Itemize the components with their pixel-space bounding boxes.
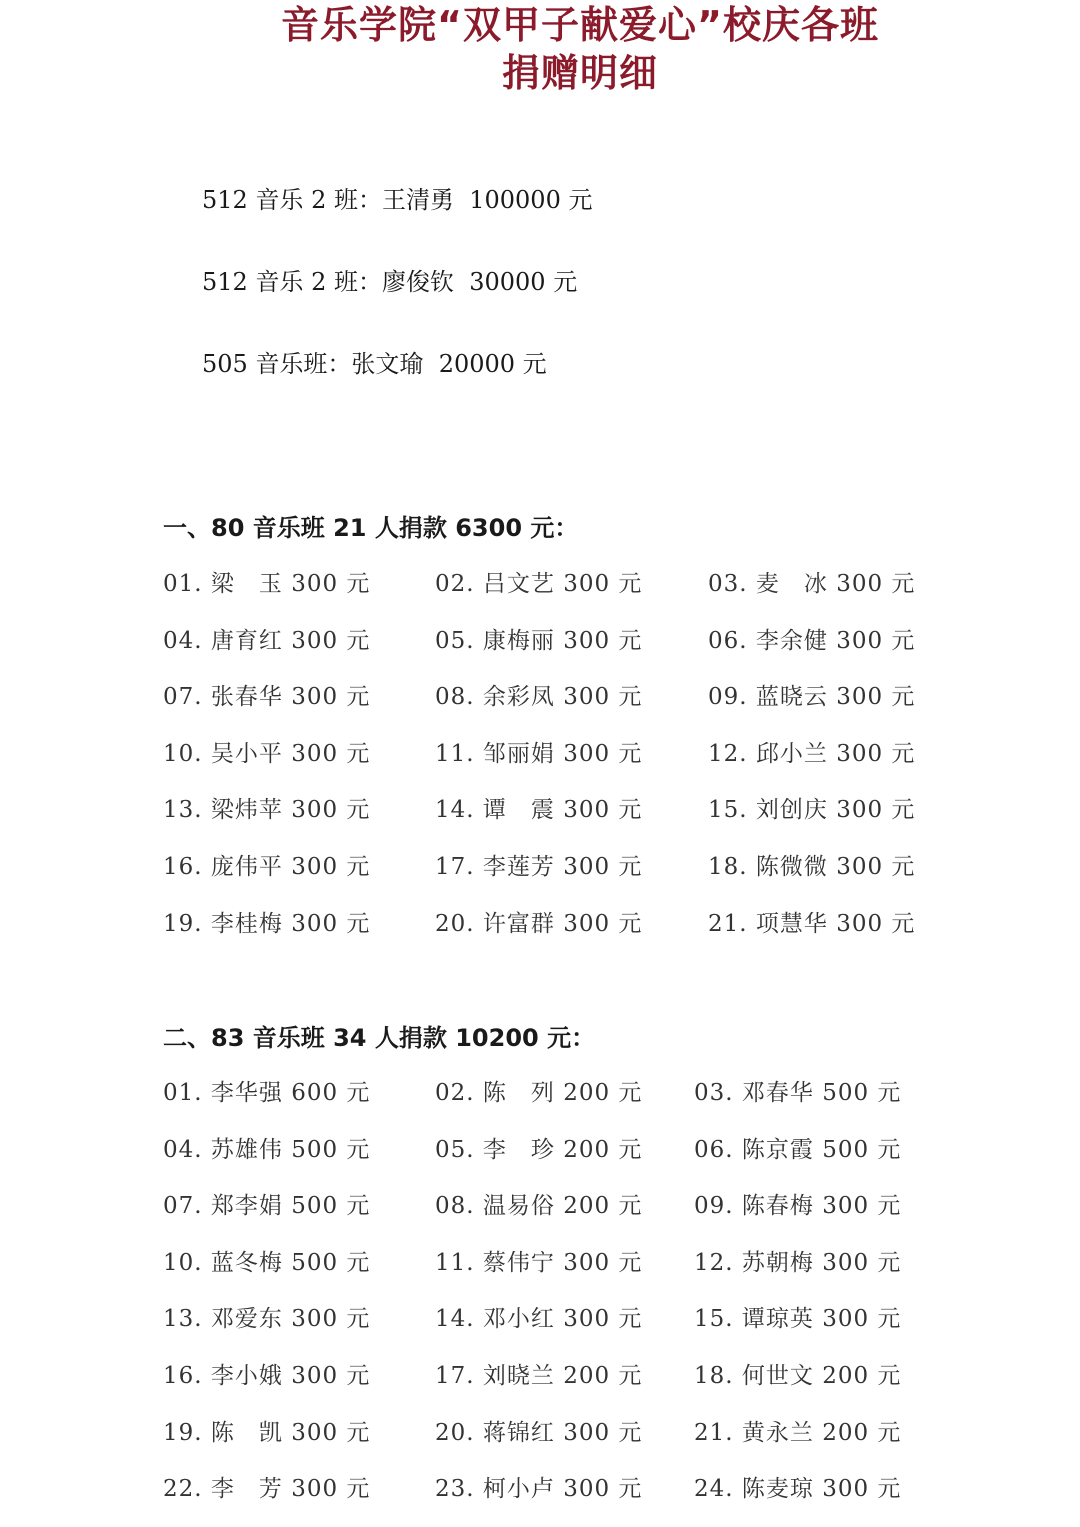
donor-entry: 10. 吴小平 300 元 xyxy=(163,735,370,768)
donor-entry: 18. 陈微微 300 元 xyxy=(708,848,915,881)
donor-entry: 12. 邱小兰 300 元 xyxy=(708,735,915,768)
donor-entry: 15. 刘创庆 300 元 xyxy=(708,791,915,824)
donor-entry: 03. 麦 冰 300 元 xyxy=(708,565,915,598)
donor-entry: 12. 苏朝梅 300 元 xyxy=(694,1244,901,1277)
donor-entry: 14. 邓小红 300 元 xyxy=(435,1300,642,1333)
donor-entry: 21. 黄永兰 200 元 xyxy=(694,1414,901,1447)
donor-entry: 07. 张春华 300 元 xyxy=(163,678,370,711)
section-heading-83: 二、83 音乐班 34 人捐款 10200 元： xyxy=(163,1018,595,1053)
donor-entry: 11. 蔡伟宁 300 元 xyxy=(435,1244,642,1277)
section-heading-80: 一、80 音乐班 21 人捐款 6300 元： xyxy=(163,508,578,543)
major-donor: 512 音乐 2 班：王清勇 100000 元 xyxy=(202,180,592,215)
donor-entry: 19. 李桂梅 300 元 xyxy=(163,905,370,938)
donor-entry: 19. 陈 凯 300 元 xyxy=(163,1414,370,1447)
donor-entry: 20. 许富群 300 元 xyxy=(435,905,642,938)
donor-entry: 04. 唐育红 300 元 xyxy=(163,622,370,655)
donor-entry: 05. 李 珍 200 元 xyxy=(435,1131,642,1164)
major-donor: 512 音乐 2 班：廖俊钦 30000 元 xyxy=(202,262,577,297)
donor-entry: 02. 陈 列 200 元 xyxy=(435,1074,642,1107)
donor-entry: 08. 余彩凤 300 元 xyxy=(435,678,642,711)
donor-entry: 14. 谭 震 300 元 xyxy=(435,791,642,824)
donor-entry: 22. 李 芳 300 元 xyxy=(163,1470,370,1503)
donor-entry: 17. 李莲芳 300 元 xyxy=(435,848,642,881)
donor-entry: 16. 庞伟平 300 元 xyxy=(163,848,370,881)
title-line-1: 音乐学院“双甲子献爱心”校庆各班 xyxy=(0,2,1080,48)
donor-entry: 17. 刘晓兰 200 元 xyxy=(435,1357,642,1390)
donor-entry: 13. 邓爱东 300 元 xyxy=(163,1300,370,1333)
donor-entry: 20. 蒋锦红 300 元 xyxy=(435,1414,642,1447)
donor-entry: 15. 谭琼英 300 元 xyxy=(694,1300,901,1333)
donor-entry: 06. 李余健 300 元 xyxy=(708,622,915,655)
donor-entry: 16. 李小娥 300 元 xyxy=(163,1357,370,1390)
donor-entry: 23. 柯小卢 300 元 xyxy=(435,1470,642,1503)
donor-entry: 09. 蓝晓云 300 元 xyxy=(708,678,915,711)
donor-entry: 24. 陈麦琼 300 元 xyxy=(694,1470,901,1503)
donor-entry: 06. 陈京霞 500 元 xyxy=(694,1131,901,1164)
donor-entry: 05. 康梅丽 300 元 xyxy=(435,622,642,655)
donor-entry: 01. 梁 玉 300 元 xyxy=(163,565,370,598)
donor-entry: 13. 梁炜苹 300 元 xyxy=(163,791,370,824)
donor-entry: 04. 苏雄伟 500 元 xyxy=(163,1131,370,1164)
major-donor: 505 音乐班：张文瑜 20000 元 xyxy=(202,344,547,379)
donor-entry: 09. 陈春梅 300 元 xyxy=(694,1187,901,1220)
donor-entry: 18. 何世文 200 元 xyxy=(694,1357,901,1390)
donor-entry: 08. 温易俗 200 元 xyxy=(435,1187,642,1220)
donor-entry: 11. 邹丽娟 300 元 xyxy=(435,735,642,768)
donor-entry: 01. 李华强 600 元 xyxy=(163,1074,370,1107)
donor-entry: 02. 吕文艺 300 元 xyxy=(435,565,642,598)
donor-entry: 10. 蓝冬梅 500 元 xyxy=(163,1244,370,1277)
donor-entry: 03. 邓春华 500 元 xyxy=(694,1074,901,1107)
donor-entry: 21. 项慧华 300 元 xyxy=(708,905,915,938)
title-line-2: 捐赠明细 xyxy=(0,50,1080,96)
donor-entry: 07. 郑李娟 500 元 xyxy=(163,1187,370,1220)
